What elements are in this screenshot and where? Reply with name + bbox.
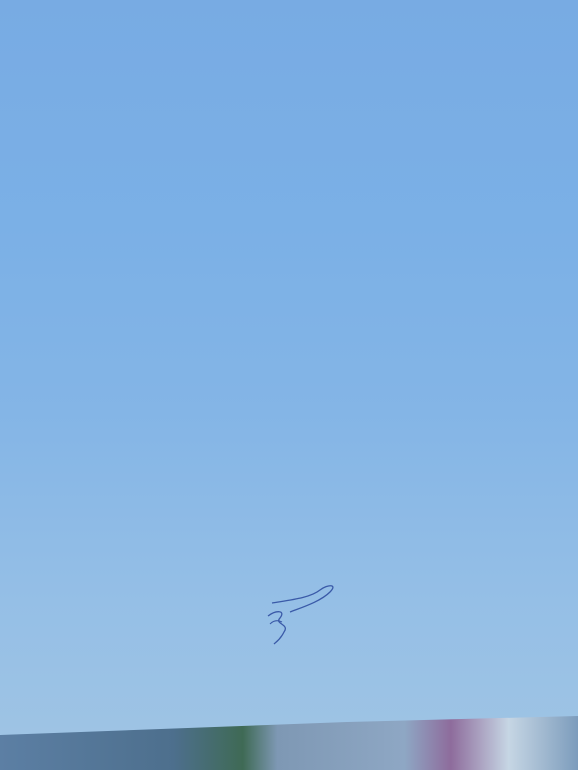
page-title-line1 <box>0 40 578 44</box>
ultrasound-protocol <box>0 0 578 770</box>
page-title-line3 <box>0 70 578 74</box>
page-title-line2 <box>0 55 578 59</box>
handwritten-signature-icon <box>260 580 360 650</box>
